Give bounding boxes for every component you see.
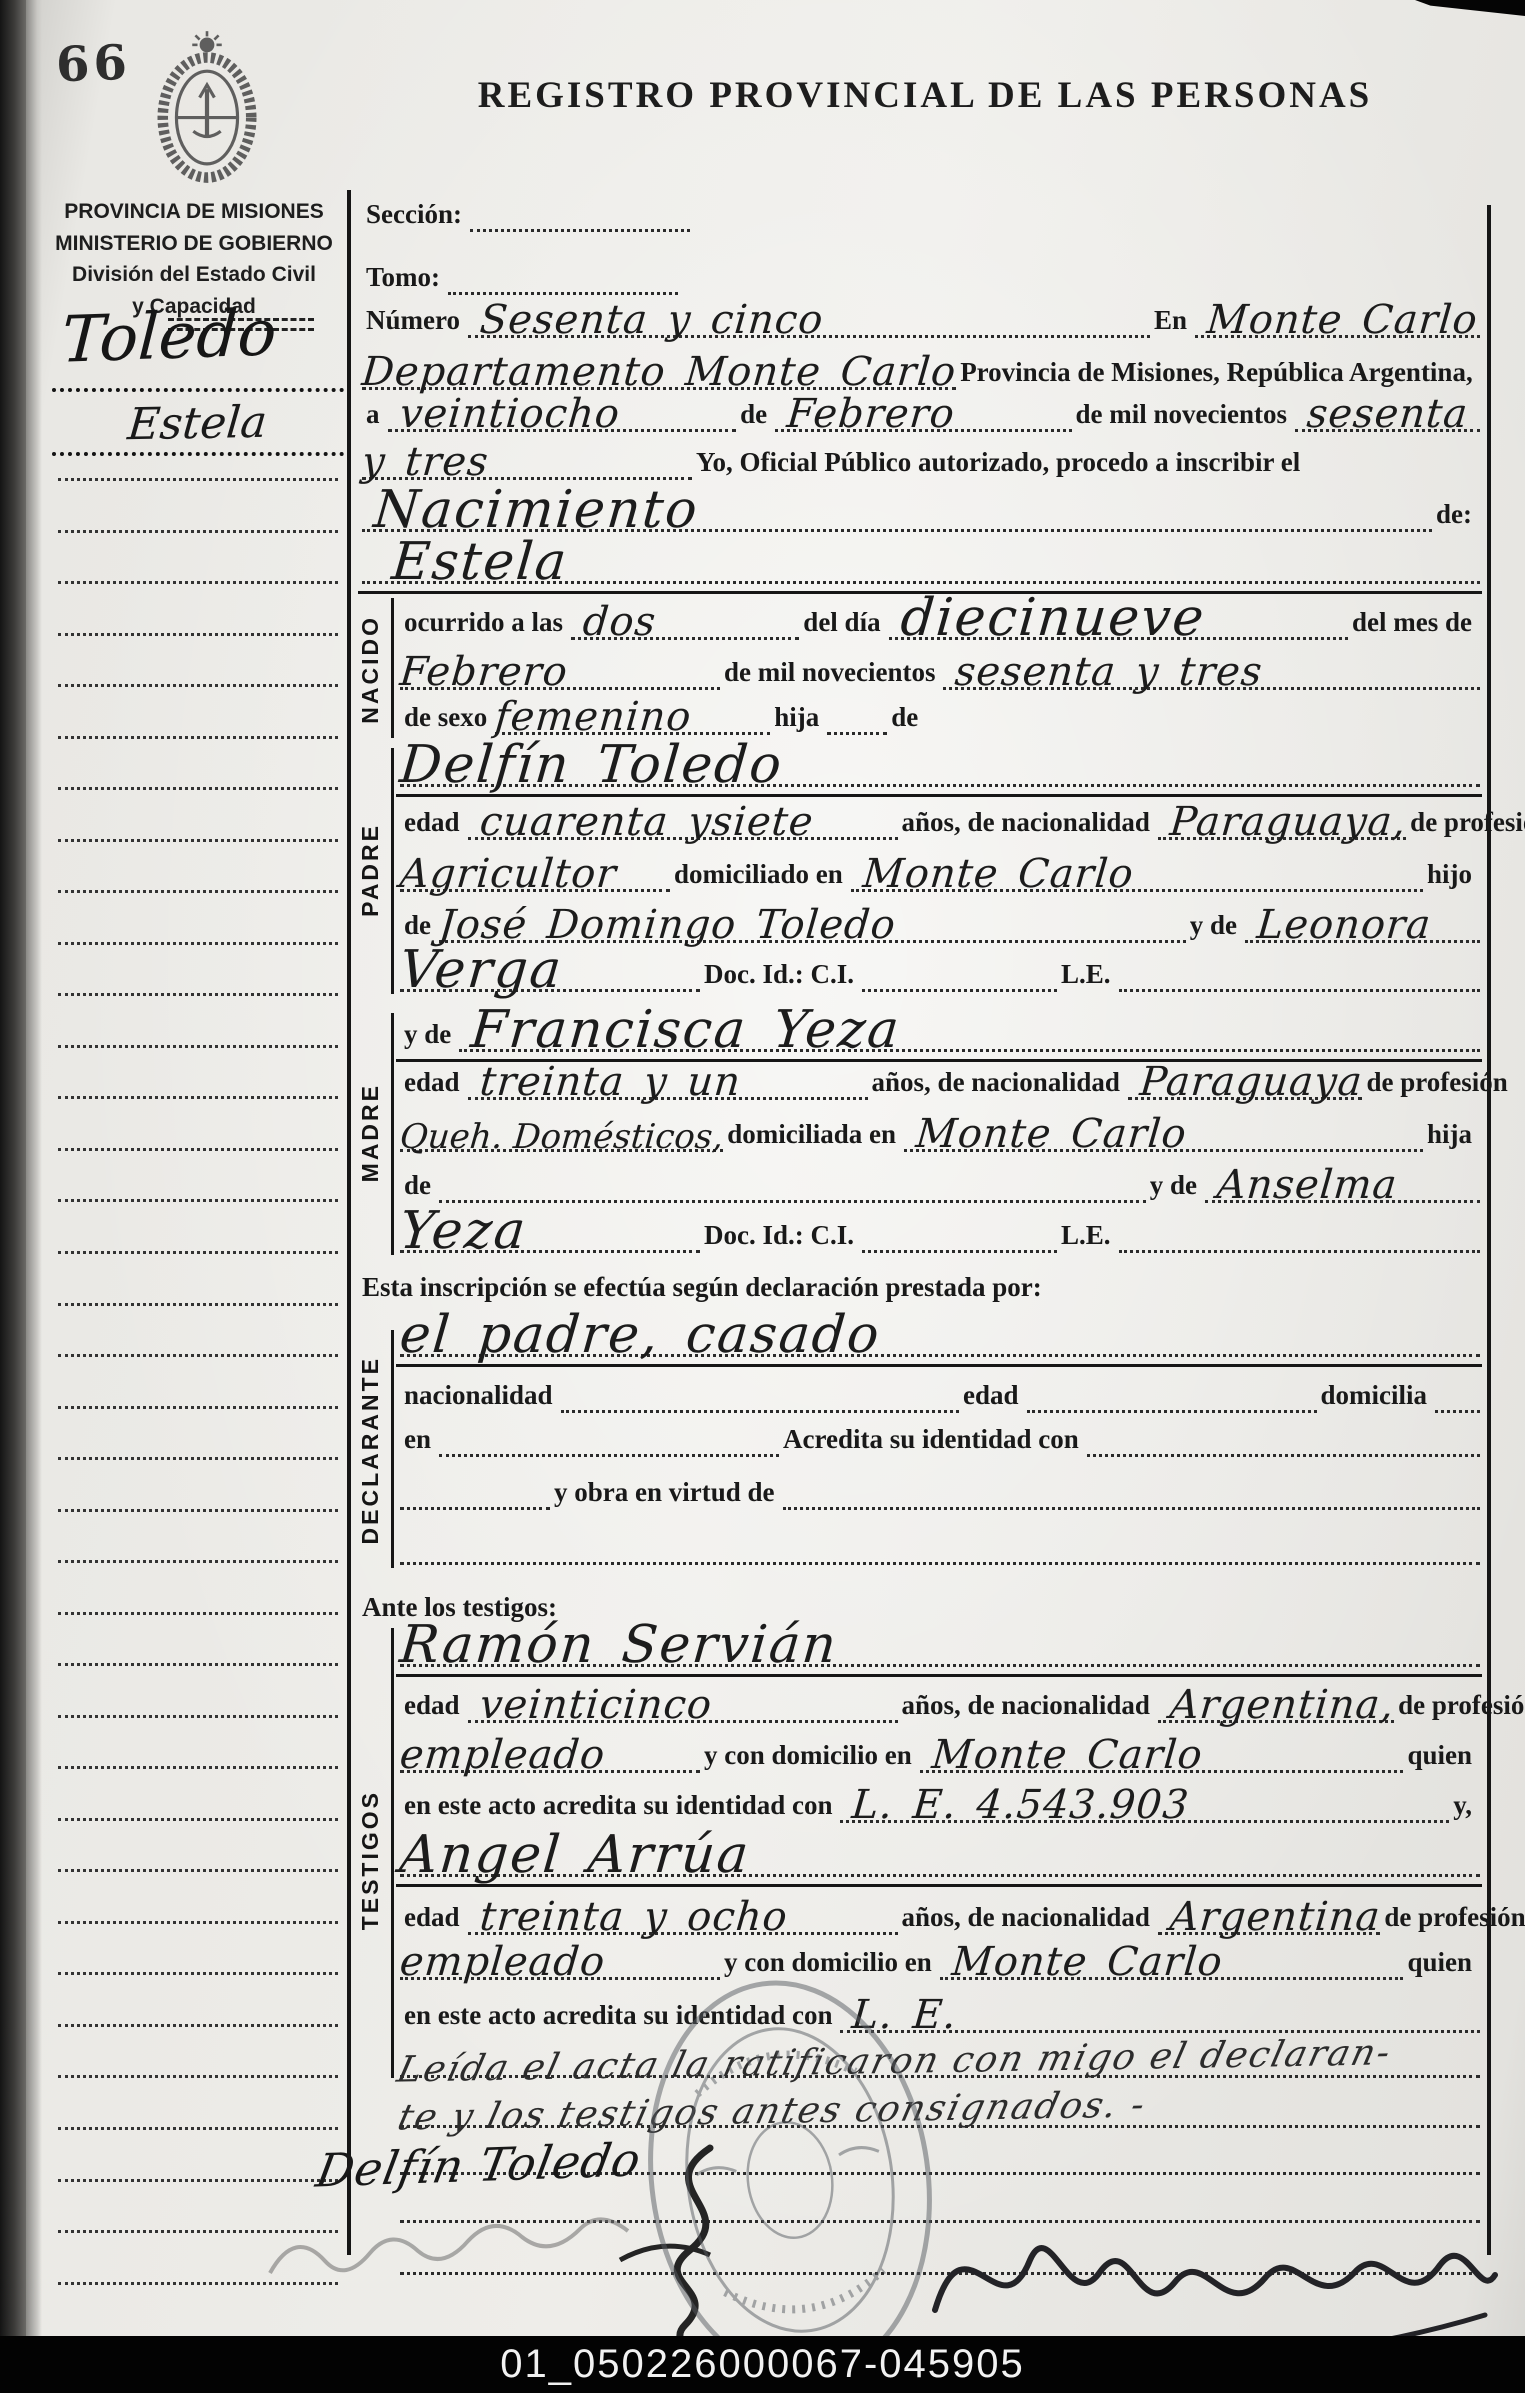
obra-label: y obra en virtud de [550,1478,783,1510]
acto-label: en este acto acredita su identidad con [400,1791,840,1823]
declarant-field: el padre, casado [400,1312,1480,1357]
maternal-grandmother-handwriting-2: Yeza [398,1205,530,1257]
margin-givenname-handwriting: Estela [126,397,269,450]
office-line: PROVINCIA DE MISIONES [48,196,340,228]
witness2-name-field: Angel Arrúa [400,1832,1480,1877]
mother-profession-row: Queh. Domésticos, domiciliada en Monte C… [400,1110,1480,1152]
en-label: En [1150,306,1195,338]
profesion-label: de profesión [1406,808,1525,840]
birth-month-row: Febrero de mil novecientos sesenta y tre… [400,648,1480,690]
act-type-row: Nacimiento de: [362,490,1480,532]
declarant-en-blank [439,1412,779,1457]
hijo-label: hijo [1423,860,1480,892]
birth-year-handwriting: sesenta y tres [954,652,1265,692]
scan-code: 01_050226000067-045905 [500,2342,1025,2387]
birth-certificate-page: 66 REGISTRO PROVINCIAL DE LAS PERSONAS P… [0,0,1525,2393]
registered-name-row: Estela [362,542,1480,584]
year-handwriting-2: y tres [360,442,490,482]
section-label-declarante: DECLARANTE [351,1330,389,1570]
domiciliado-label: domiciliado en [670,860,851,892]
father-le-blank [1119,947,1480,992]
declarant-nationality-blank [561,1368,959,1413]
month-field: Febrero [775,387,1071,432]
witness1-name-handwriting: Ramón Servián [398,1619,840,1671]
edad-label: edad [400,808,468,840]
mother-doc-row: Yeza Doc. Id.: C.I. L.E. [400,1211,1480,1253]
le-label: L.E. [1057,1221,1119,1253]
registration-date-row: a veintiocho de Febrero de mil novecient… [362,390,1480,432]
father-name-field: Delfín Toledo [400,742,1480,787]
witness1-profession-field: empleado [400,1728,700,1773]
de-label: de [400,1171,439,1203]
hija-blank [827,690,887,735]
maternal-grandfather-blank [439,1158,1146,1203]
grandmother-cont-field: Verga [400,947,700,992]
witness1-nationality-handwriting: Argentina, [1168,1685,1396,1725]
provincia-label: Provincia de Misiones, República Argenti… [956,358,1481,390]
sexo-label: de sexo [400,703,495,735]
y-de-label: y de [400,1020,459,1052]
mother-profession-handwriting: Queh. Domésticos, [399,1120,725,1154]
section-label-padre: PADRE [351,745,389,995]
registered-name-handwriting: Estela [390,536,571,588]
declarant-id-blank [1087,1412,1480,1457]
section-label-madre: MADRE [351,1010,389,1256]
declarant-row: el padre, casado [400,1315,1480,1357]
mother-age-field: treinta y un [468,1055,868,1100]
ocurrido-label: ocurrido a las [400,608,571,640]
seccion-label: Sección: [362,200,470,232]
section-bracket [391,598,394,738]
witness1-id-field: L. E. 4.543.903 [840,1778,1449,1823]
de-label: de [736,400,775,432]
father-profession-handwriting: Agricultor [398,854,618,894]
blank-rule [400,1520,1480,1565]
father-domicile-handwriting: Monte Carlo [861,854,1135,894]
witness2-name-handwriting: Angel Arrúa [398,1829,753,1881]
edad-label: edad [959,1381,1027,1413]
hija-label: hija [770,703,827,735]
father-nationality-field: Paraguaya, [1158,795,1406,840]
father-domicile-field: Monte Carlo [851,847,1423,892]
mother-name-field: Francisca Yeza [459,1007,1480,1052]
birth-time-row: ocurrido a las dos del día diecinueve de… [400,598,1480,640]
mother-nationality-handwriting: Paraguaya [1138,1062,1364,1102]
father-profession-row: Agricultor domiciliado en Monte Carlo hi… [400,850,1480,892]
witness1-nationality-field: Argentina, [1158,1678,1394,1723]
numero-field: Sesenta y cinco [468,293,1150,338]
witness2-nationality-field: Argentina [1158,1890,1381,1935]
father-ci-blank [862,947,1057,992]
father-nationality-handwriting: Paraguaya, [1168,802,1408,842]
maternal-grandmother-field: Anselma [1205,1158,1480,1203]
father-profession-field: Agricultor [400,847,670,892]
page-number: 66 [55,35,132,94]
witness2-age-row: edad treinta y ocho años, de nacionalida… [400,1893,1480,1935]
mother-domicile-field: Monte Carlo [904,1107,1423,1152]
witness1-age-handwriting: veinticinco [478,1685,714,1725]
registered-name-field: Estela [362,539,1480,584]
domicilio-label: y con domicilio en [700,1741,920,1773]
mother-ci-blank [862,1208,1057,1253]
mother-age-handwriting: treinta y un [478,1062,742,1102]
witness1-domicile-row: empleado y con domicilio en Monte Carlo … [400,1731,1480,1773]
section-bracket [391,1013,394,1255]
quien-label: quien [1403,1948,1480,1980]
mother-domicile-handwriting: Monte Carlo [914,1114,1188,1154]
year-handwriting-1: sesenta [1305,394,1470,434]
father-name-row: Delfín Toledo [400,745,1480,787]
a-label: a [362,400,388,432]
birth-month-field: Febrero [400,645,720,690]
anos-nacionalidad-label: años, de nacionalidad [898,1691,1158,1723]
paternal-grandparents-row: de José Domingo Toledo y de Leonora [400,901,1480,943]
hija-label: hija [1423,1120,1480,1152]
de-label: de [400,911,439,943]
domicilia-label: domicilia [1317,1381,1436,1413]
numero-row: Número Sesenta y cinco En Monte Carlo [362,296,1480,338]
declarant-nationality-row: nacionalidad edad domicilia [400,1371,1480,1413]
office-line: División del Estado Civil [48,259,340,291]
tomo-row: Tomo: [362,253,1480,295]
maternal-grandmother-cont-field: Yeza [400,1208,700,1253]
witness1-domicile-field: Monte Carlo [920,1728,1404,1773]
seccion-blank [470,187,690,232]
office-line: MINISTERIO DE GOBIERNO [48,228,340,260]
departamento-handwriting: Departamento Monte Carlo [360,352,958,392]
argentina-coat-of-arms-icon [148,28,266,186]
quien-label: quien [1403,1741,1480,1773]
departamento-row: Departamento Monte Carlo Provincia de Mi… [362,348,1480,390]
seccion-row: Sección: [362,190,1480,232]
y-de-label: y de [1146,1171,1205,1203]
spacer [926,693,1480,735]
edad-label: edad [400,1903,468,1935]
witness2-age-handwriting: treinta y ocho [478,1897,789,1937]
mother-name-handwriting: Francisca Yeza [469,1004,903,1056]
edad-label: edad [400,1691,468,1723]
acredita-label: Acredita su identidad con [779,1425,1087,1457]
grandfather-handwriting: José Domingo Toledo [437,905,897,945]
virtue-blank-1 [400,1465,550,1510]
tomo-label: Tomo: [362,263,448,295]
witness2-domicile-handwriting: Monte Carlo [950,1942,1224,1982]
del-dia-label: del día [799,608,888,640]
y-label: y, [1449,1791,1480,1823]
de-mil-label: de mil novecientos [1072,400,1295,432]
margin-note-lines [58,478,338,2285]
year-cont-field: y tres [362,435,692,480]
pencil-annotation-signature [262,2188,642,2308]
day-handwriting: veintiocho [398,394,622,434]
declarant-handwriting: el padre, casado [398,1309,883,1361]
father-name-handwriting: Delfín Toledo [398,739,786,791]
scan-code-bar: 01_050226000067-045905 [0,2336,1525,2393]
month-handwriting: Febrero [785,394,956,434]
day-field: veintiocho [388,387,737,432]
de-colon-label: de: [1432,500,1480,532]
birth-day-field: diecinueve [889,595,1348,640]
profesion-label: de profesión [1394,1691,1525,1723]
sex-handwriting: femenino [494,697,694,737]
form-right-border [1487,205,1491,2255]
le-label: L.E. [1057,960,1119,992]
year-field: sesenta [1295,387,1480,432]
father-age-handwriting: cuarenta ysiete [478,802,815,842]
scan-corner-shadow [1415,0,1525,16]
numero-label: Número [362,306,468,338]
father-age-row: edad cuarenta ysiete años, de nacionalid… [400,798,1480,840]
en-label: en [400,1425,439,1457]
mother-age-row: edad treinta y un años, de nacionalidad … [400,1058,1480,1100]
birth-hour-handwriting: dos [581,602,658,642]
page-curl-shadow [26,0,42,2336]
mother-le-blank [1119,1208,1480,1253]
father-age-field: cuarenta ysiete [468,795,898,840]
margin-rule [52,452,344,456]
birth-year-field: sesenta y tres [943,645,1480,690]
maternal-grandmother-handwriting-1: Anselma [1215,1165,1399,1205]
witness2-name-row: Angel Arrúa [400,1835,1480,1877]
blank-rule-row [400,1523,1480,1565]
en-place-handwriting: Monte Carlo [1205,300,1479,340]
declarant-virtue-row: y obra en virtud de [400,1468,1480,1510]
witness2-nationality-handwriting: Argentina [1168,1897,1382,1937]
grandmother-field: Leonora [1245,898,1480,943]
witness1-name-row: Ramón Servián [400,1625,1480,1667]
numero-value-handwriting: Sesenta y cinco [478,300,825,340]
margin-rule [52,388,344,392]
act-type-field: Nacimiento [362,487,1432,532]
departamento-field: Departamento Monte Carlo [362,345,956,390]
mother-nationality-field: Paraguaya [1128,1055,1363,1100]
witness1-profession-handwriting: empleado [398,1735,607,1775]
virtue-blank-2 [783,1465,1480,1510]
anos-nacionalidad-label: años, de nacionalidad [898,1903,1158,1935]
y-de-label: y de [1186,911,1245,943]
section-bracket [391,1330,394,1568]
grandfather-field: José Domingo Toledo [439,898,1186,943]
witness2-age-field: treinta y ocho [468,1890,898,1935]
anos-nacionalidad-label: años, de nacionalidad [868,1068,1128,1100]
domiciliada-label: domiciliada en [723,1120,904,1152]
section-label-nacido: NACIDO [351,598,389,740]
tomo-blank [448,250,678,295]
year-continuation-row: y tres Yo, Oficial Público autorizado, p… [362,438,1480,480]
birth-month-handwriting: Febrero [398,652,569,692]
witness2-profession-handwriting: empleado [398,1942,607,1982]
maternal-grandparents-row: de y de Anselma [400,1161,1480,1203]
margin-surname-handwriting: Toledo [60,296,279,377]
en-place-field: Monte Carlo [1195,293,1480,338]
profesion-label: de profesión [1380,1903,1525,1935]
witness1-domicile-handwriting: Monte Carlo [930,1735,1204,1775]
anos-nacionalidad-label: años, de nacionalidad [898,808,1158,840]
book-binding-edge [0,0,26,2336]
mother-name-row: y de Francisca Yeza [400,1010,1480,1052]
grandmother-handwriting-1: Leonora [1255,905,1433,945]
official-round-stamp [628,1962,952,2393]
de-mil-label: de mil novecientos [720,658,943,690]
edad-label: edad [400,1068,468,1100]
doc-id-label: Doc. Id.: C.I. [700,960,862,992]
sex-row: de sexo femenino hija de [400,693,1480,735]
birth-hour-field: dos [571,595,799,640]
del-mes-label: del mes de [1348,608,1480,640]
witness1-age-field: veinticinco [468,1678,898,1723]
oficial-text: Yo, Oficial Público autorizado, procedo … [692,448,1308,480]
document-title: REGISTRO PROVINCIAL DE LAS PERSONAS [450,74,1400,117]
section-bracket [391,748,394,994]
witness2-domicile-field: Monte Carlo [940,1935,1404,1980]
birth-day-handwriting: diecinueve [898,592,1207,644]
declaration-intro: Esta inscripción se efectúa según declar… [362,1272,1042,1303]
section-label-testigos: TESTIGOS [351,1640,389,2080]
nacionalidad-label: nacionalidad [400,1381,561,1413]
witness1-age-row: edad veinticinco años, de nacionalidad A… [400,1681,1480,1723]
mother-profession-field: Queh. Domésticos, [400,1107,723,1152]
father-doc-row: Verga Doc. Id.: C.I. L.E. [400,950,1480,992]
doc-id-label: Doc. Id.: C.I. [700,1221,862,1253]
witness1-id-handwriting: L. E. 4.543.903 [851,1785,1192,1825]
witness1-name-field: Ramón Servián [400,1622,1480,1667]
section-bracket [391,1628,394,2078]
act-type-handwriting: Nacimiento [372,484,701,536]
sex-field: femenino [495,690,770,735]
de-label: de [887,703,926,735]
profesion-label: de profesión [1362,1068,1515,1100]
declarant-domicile-blank [1435,1368,1480,1413]
grandmother-handwriting-2: Verga [398,944,565,996]
witness1-id-row: en este acto acredita su identidad con L… [400,1781,1480,1823]
declarant-identity-row: en Acredita su identidad con [400,1415,1480,1457]
declarant-age-blank [1027,1368,1317,1413]
